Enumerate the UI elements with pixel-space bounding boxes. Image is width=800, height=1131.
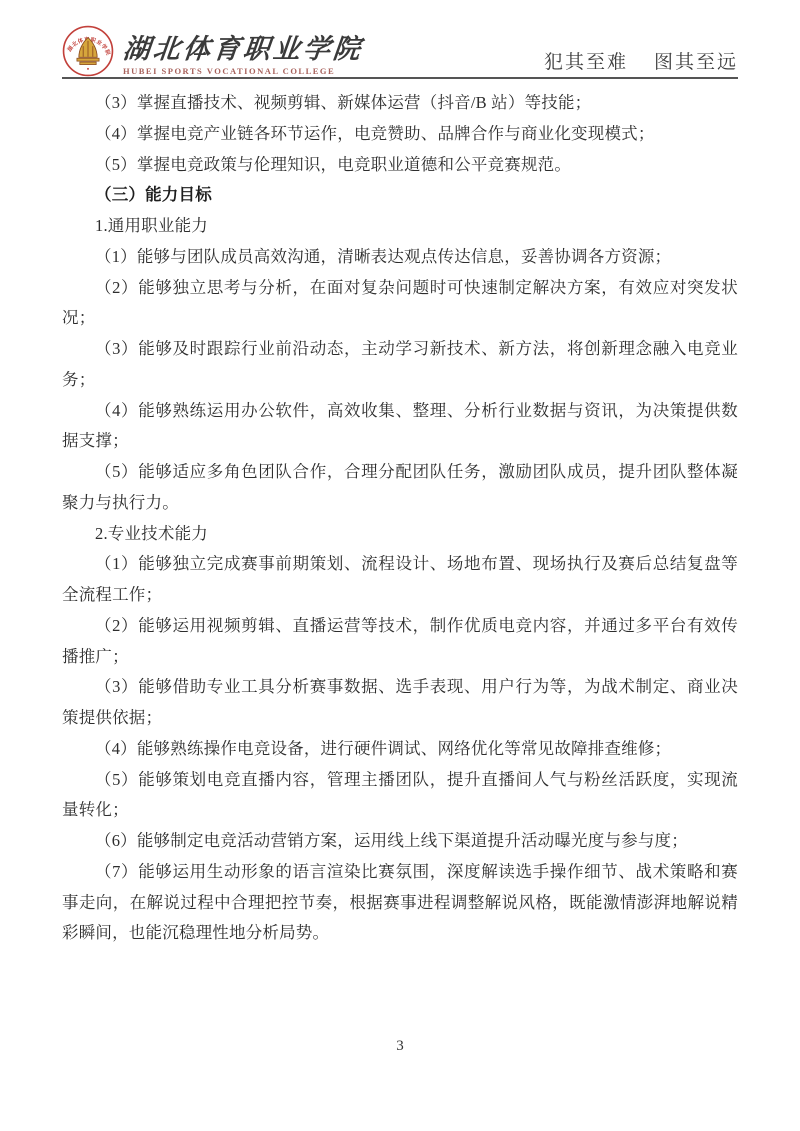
section-heading-ability-goals: （三）能力目标 bbox=[62, 180, 738, 211]
motto-phrase-2: 图其至远 bbox=[654, 52, 738, 73]
body-paragraph: （2）能够运用视频剪辑、直播运营等技术，制作优质电竞内容，并通过多平台有效传播推… bbox=[62, 611, 738, 673]
subsection-heading-professional-ability: 2.专业技术能力 bbox=[62, 519, 738, 550]
body-paragraph: （7）能够运用生动形象的语言渲染比赛氛围，深度解读选手操作细节、战术策略和赛事走… bbox=[62, 857, 738, 949]
header-motto: 犯其至难图其至远 bbox=[544, 47, 738, 77]
subsection-heading-general-ability: 1.通用职业能力 bbox=[62, 211, 738, 242]
body-paragraph: （3）掌握直播技术、视频剪辑、新媒体运营（抖音/B 站）等技能； bbox=[62, 88, 738, 119]
body-paragraph: （3）能够及时跟踪行业前沿动态，主动学习新技术、新方法，将创新理念融入电竞业务； bbox=[62, 334, 738, 396]
body-paragraph: （5）掌握电竞政策与伦理知识，电竞职业道德和公平竞赛规范。 bbox=[62, 150, 738, 181]
document-page: 湖北体育职业学院 湖北体育职业学院 HUBEI SPORTS VOCATIONA… bbox=[0, 0, 800, 1131]
page-header: 湖北体育职业学院 湖北体育职业学院 HUBEI SPORTS VOCATIONA… bbox=[62, 26, 738, 79]
document-body: （3）掌握直播技术、视频剪辑、新媒体运营（抖音/B 站）等技能； （4）掌握电竞… bbox=[62, 88, 738, 949]
body-paragraph: （4）能够熟练运用办公软件，高效收集、整理、分析行业数据与资讯，为决策提供数据支… bbox=[62, 396, 738, 458]
body-paragraph: （4）能够熟练操作电竞设备，进行硬件调试、网络优化等常见故障排查维修； bbox=[62, 734, 738, 765]
body-paragraph: （1）能够独立完成赛事前期策划、流程设计、场地布置、现场执行及赛后总结复盘等全流… bbox=[62, 549, 738, 611]
college-name-en: HUBEI SPORTS VOCATIONAL COLLEGE bbox=[123, 66, 363, 76]
college-seal-icon: 湖北体育职业学院 bbox=[62, 25, 114, 77]
motto-phrase-1: 犯其至难 bbox=[544, 52, 628, 73]
page-number: 3 bbox=[0, 1038, 800, 1055]
college-seal: 湖北体育职业学院 bbox=[62, 25, 114, 77]
college-name-zh: 湖北体育职业学院 bbox=[122, 35, 365, 63]
body-paragraph: （6）能够制定电竞活动营销方案，运用线上线下渠道提升活动曝光度与参与度； bbox=[62, 826, 738, 857]
body-paragraph: （5）能够适应多角色团队合作，合理分配团队任务，激励团队成员，提升团队整体凝聚力… bbox=[62, 457, 738, 519]
body-paragraph: （4）掌握电竞产业链各环节运作，电竞赞助、品牌合作与商业化变现模式； bbox=[62, 119, 738, 150]
college-brand: 湖北体育职业学院 湖北体育职业学院 HUBEI SPORTS VOCATIONA… bbox=[62, 25, 363, 77]
body-paragraph: （3）能够借助专业工具分析赛事数据、选手表现、用户行为等，为战术制定、商业决策提… bbox=[62, 672, 738, 734]
body-paragraph: （5）能够策划电竞直播内容，管理主播团队，提升直播间人气与粉丝活跃度，实现流量转… bbox=[62, 765, 738, 827]
body-paragraph: （1）能够与团队成员高效沟通，清晰表达观点传达信息，妥善协调各方资源； bbox=[62, 242, 738, 273]
body-paragraph: （2）能够独立思考与分析，在面对复杂问题时可快速制定解决方案，有效应对突发状况； bbox=[62, 273, 738, 335]
college-names: 湖北体育职业学院 HUBEI SPORTS VOCATIONAL COLLEGE bbox=[123, 35, 363, 77]
